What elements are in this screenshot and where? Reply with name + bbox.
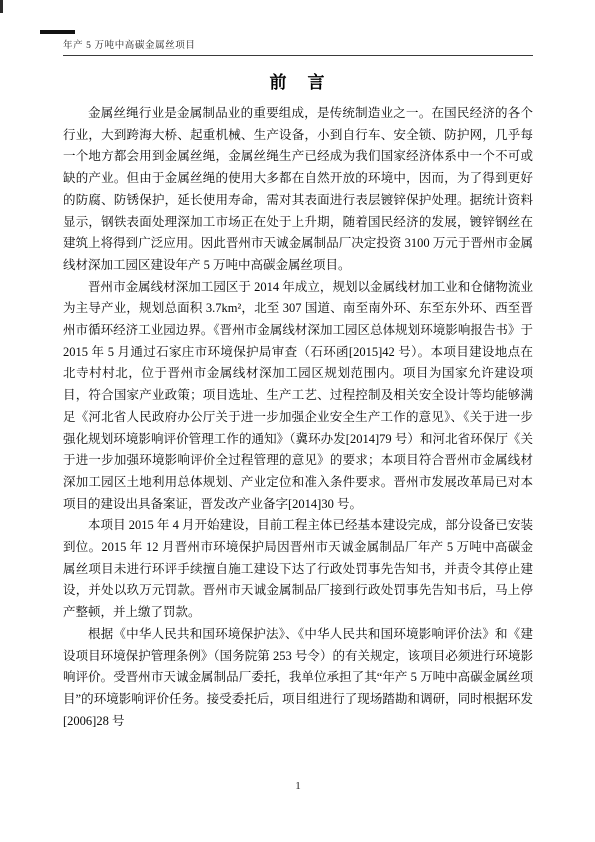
- page-number: 1: [63, 779, 533, 793]
- paragraph-intro-industry: 金属丝绳行业是金属制品业的重要组成，是传统制造业之一。在国民经济的各个行业，大到…: [63, 103, 533, 277]
- document-body: 金属丝绳行业是金属制品业的重要组成，是传统制造业之一。在国民经济的各个行业，大到…: [63, 103, 533, 732]
- scan-artifact-corner: [0, 0, 3, 13]
- document-page: 年产 5 万吨中高碳金属丝项目 前 言 金属丝绳行业是金属制品业的重要组成，是传…: [0, 0, 595, 842]
- page-title: 前 言: [63, 72, 533, 94]
- paragraph-construction-penalty: 本项目 2015 年 4 月开始建设，目前工程主体已经基本建设完成，部分设备已安…: [63, 515, 533, 624]
- paragraph-eia-commission: 根据《中华人民共和国环境保护法》、《中华人民共和国环境影响评价法》和《建设项目环…: [63, 624, 533, 733]
- running-header: 年产 5 万吨中高碳金属丝项目: [63, 40, 533, 56]
- scan-artifact-bar: [40, 30, 75, 34]
- paragraph-industrial-park: 晋州市金属线材深加工园区于 2014 年成立，规划以金属线材加工业和仓储物流业为…: [63, 277, 533, 516]
